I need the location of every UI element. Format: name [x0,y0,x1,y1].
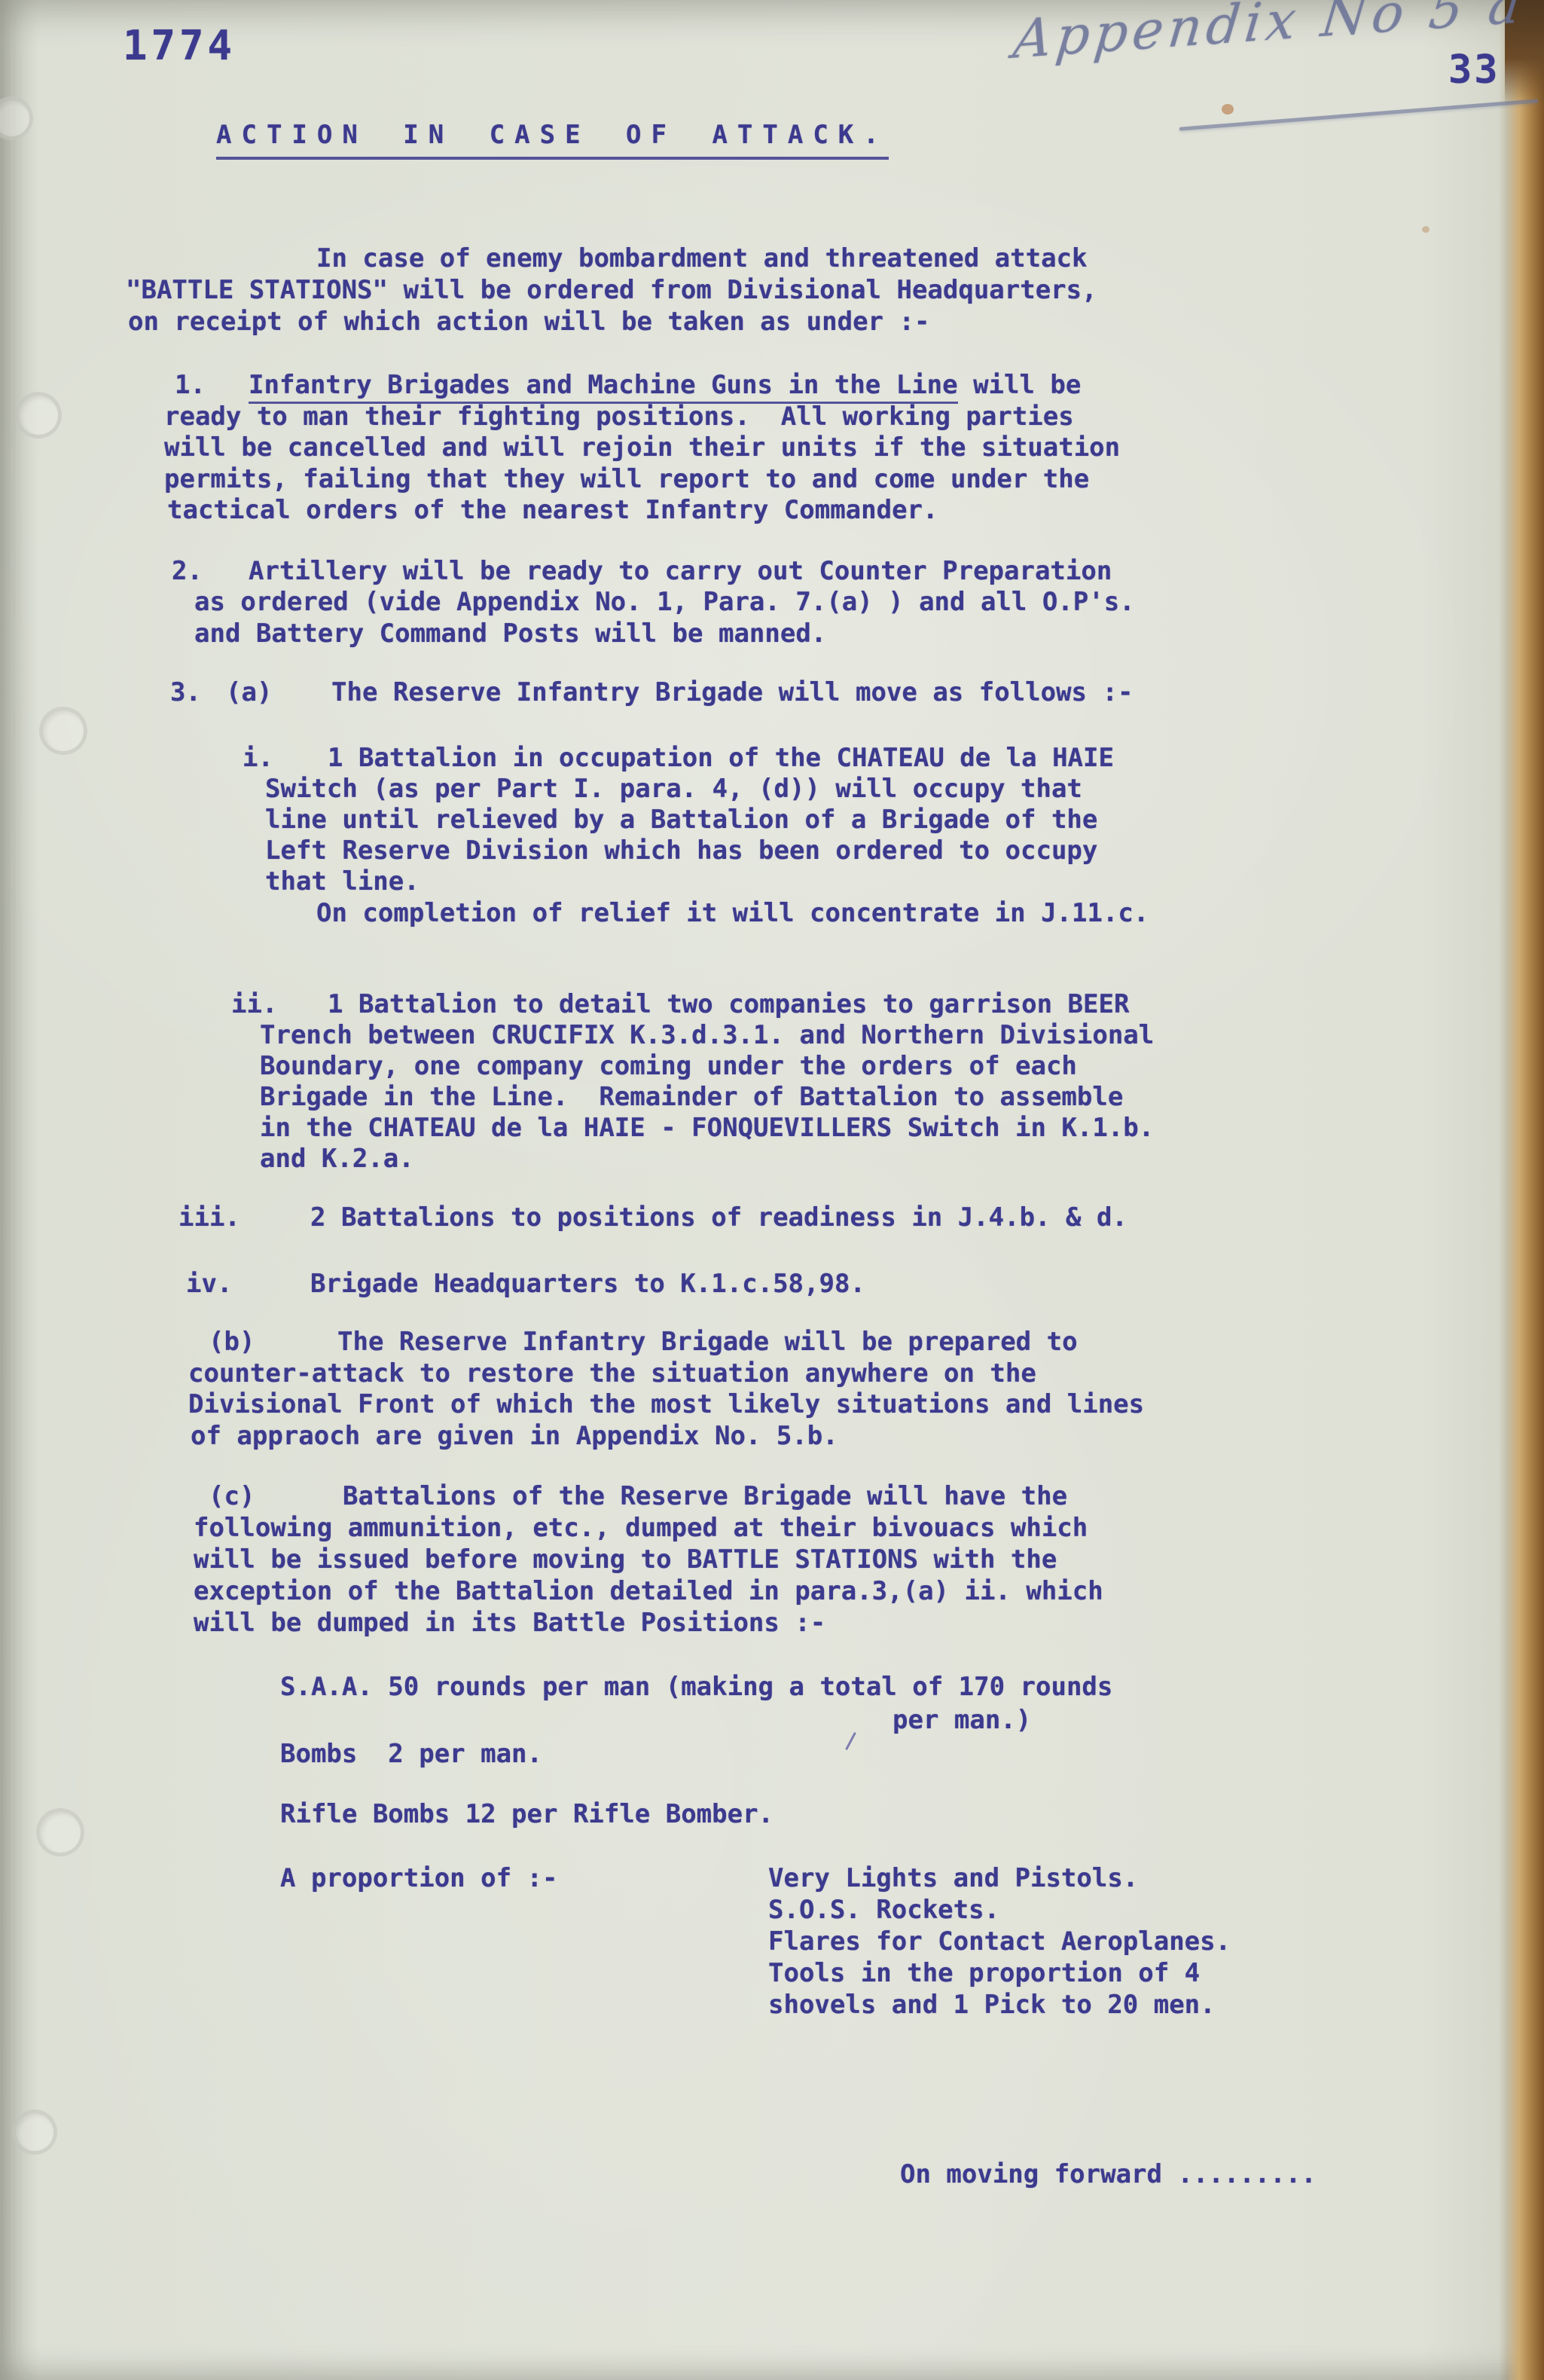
item-iii-label: iii. [179,1202,240,1233]
intro-line: In case of enemy bombardment and threate… [316,243,1088,274]
item-ii-label: ii. [231,988,277,1020]
ammo-item: Flares for Contact Aeroplanes. [768,1926,1231,1957]
document-title: ACTION IN CASE OF ATTACK. [216,119,889,160]
para1-line: tactical orders of the nearest Infantry … [167,494,938,526]
item-i-line: On completion of relief it will concentr… [316,897,1149,929]
page-number: 33 [1448,54,1500,86]
item-c-line: will be issued before moving to BATTLE S… [194,1544,1057,1575]
ammo-saa-line2: per man.) [893,1704,1031,1736]
para1-heading-line: Infantry Brigades and Machine Guns in th… [249,369,1081,401]
footer-text: On moving forward ......... [900,2158,1317,2190]
ammo-item: S.O.S. Rockets. [768,1894,999,1926]
item-c-line: following ammunition, etc., dumped at th… [194,1512,1088,1544]
item-i-line: line until relieved by a Battalion of a … [265,804,1097,836]
item-i-label: i. [243,742,273,774]
para2-line: Artillery will be ready to carry out Cou… [249,555,1112,587]
ammo-saa-line1: S.A.A. 50 rounds per man (making a total… [280,1671,1112,1703]
item-b-line: The Reserve Infantry Brigade will be pre… [337,1326,1078,1358]
item-iii-text: 2 Battalions to positions of readiness i… [310,1202,1127,1233]
item-c-line: will be dumped in its Battle Positions :… [194,1607,825,1639]
para1-line: permits, failing that they will report t… [164,463,1089,495]
para1-line: ready to man their fighting positions. A… [164,401,1074,432]
para2-line: and Battery Command Posts will be manned… [194,618,826,649]
item-iv-label: iv. [186,1268,232,1300]
punch-hole [12,2110,57,2155]
rust-stain [1222,104,1234,115]
stamp-number: 1774 [123,30,236,62]
item-ii-line: and K.2.a. [260,1143,414,1175]
item-ii-line: Boundary, one company coming under the o… [260,1050,1077,1082]
punch-hole [0,96,33,140]
item-ii-line: in the CHATEAU de la HAIE - FONQUEVILLER… [260,1112,1154,1144]
item-b-line: counter-attack to restore the situation … [188,1358,1036,1389]
para1-heading: Infantry Brigades and Machine Guns in th… [249,370,958,404]
rust-stain [1422,226,1430,233]
item-c-line: exception of the Battalion detailed in p… [194,1575,1103,1607]
para2-number: 2. [172,555,203,587]
intro-line: on receipt of which action will be taken… [128,306,929,338]
item-i-line: Switch (as per Part I. para. 4, (d)) wil… [265,773,1082,805]
ammo-item: Very Lights and Pistols. [768,1862,1138,1894]
ammo-bombs: Bombs 2 per man. [280,1738,542,1770]
para2-line: as ordered (vide Appendix No. 1, Para. 7… [194,586,1135,618]
para3-label-a: (a) [226,677,272,708]
para1-number: 1. [175,369,206,401]
document-page: 1774 Appendix No 5 a 33 ACTION IN CASE O… [0,0,1544,2380]
ammo-proportion-label: A proportion of :- [280,1862,557,1894]
ammo-item: shovels and 1 Pick to 20 men. [768,1989,1216,2021]
item-i-line: 1 Battalion in occupation of the CHATEAU… [328,742,1114,774]
item-iv-text: Brigade Headquarters to K.1.c.58,98. [310,1268,865,1300]
handwritten-underline [1179,99,1539,130]
binding-edge [1499,0,1544,2380]
para3-number: 3. [170,677,201,708]
item-b-line: Divisional Front of which the most likel… [188,1389,1144,1420]
item-ii-line: Brigade in the Line. Remainder of Battal… [260,1081,1123,1113]
para1-line: will be cancelled and will rejoin their … [164,432,1120,463]
punch-hole [39,707,87,755]
item-ii-line: 1 Battalion to detail two companies to g… [328,988,1129,1020]
item-b-label: (b) [209,1326,255,1358]
handwritten-tick [845,1732,856,1750]
punch-hole [36,1808,84,1856]
item-b-line: of appraoch are given in Appendix No. 5.… [191,1420,838,1452]
item-ii-line: Trench between CRUCIFIX K.3.d.3.1. and N… [260,1019,1154,1051]
para1-heading-suffix: will be [958,370,1082,400]
item-i-line: that line. [265,866,420,897]
para3-heading: The Reserve Infantry Brigade will move a… [331,677,1133,708]
item-i-line: Left Reserve Division which has been ord… [265,835,1097,866]
ammo-item: Tools in the proportion of 4 [768,1957,1200,1989]
punch-hole [15,392,62,438]
ammo-rifle-bombs: Rifle Bombs 12 per Rifle Bomber. [280,1798,774,1830]
item-c-line: Battalions of the Reserve Brigade will h… [343,1480,1067,1512]
intro-line: "BATTLE STATIONS" will be ordered from D… [126,274,1097,306]
item-c-label: (c) [209,1480,255,1512]
